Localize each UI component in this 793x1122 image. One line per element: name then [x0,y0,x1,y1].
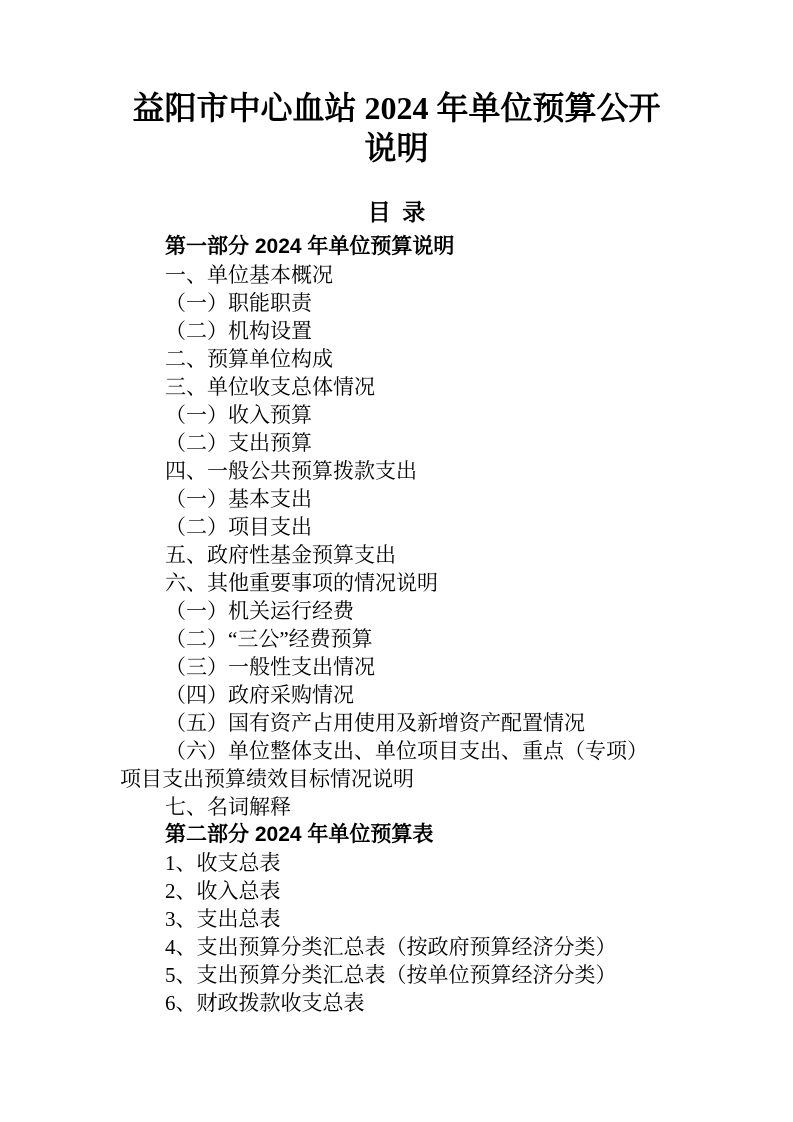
toc-line: （二）项目支出 [120,513,673,541]
toc-line: 四、一般公共预算拨款支出 [120,457,673,485]
document-title-line-1: 益阳市中心血站 2024 年单位预算公开 [132,90,660,126]
toc-line: 2、收入总表 [120,877,673,905]
toc-line: 五、政府性基金预算支出 [120,541,673,569]
toc-line: （一）职能职责 [120,289,673,317]
toc-line: 三、单位收支总体情况 [120,373,673,401]
document-page: 益阳市中心血站 2024 年单位预算公开说明 目 录 第一部分 2024 年单位… [0,0,793,1122]
toc-line: 项目支出预算绩效目标情况说明 [120,765,673,793]
toc-line: （六）单位整体支出、单位项目支出、重点（专项） [120,737,673,765]
toc-line: 3、支出总表 [120,905,673,933]
toc-line: （三）一般性支出情况 [120,653,673,681]
toc-line: 6、财政拨款收支总表 [120,989,673,1017]
toc-line: 第一部分 2024 年单位预算说明 [120,233,673,261]
toc-line: 第二部分 2024 年单位预算表 [120,821,673,849]
toc-line: （二）“三公”经费预算 [120,625,673,653]
toc-line: 1、收支总表 [120,849,673,877]
toc-line: 一、单位基本概况 [120,261,673,289]
toc-line: 4、支出预算分类汇总表（按政府预算经济分类） [120,933,673,961]
toc-line: 六、其他重要事项的情况说明 [120,569,673,597]
toc-line: （五）国有资产占用使用及新增资产配置情况 [120,709,673,737]
toc-heading: 目 录 [120,198,673,228]
toc-line: 5、支出预算分类汇总表（按单位预算经济分类） [120,961,673,989]
toc-line: （四）政府采购情况 [120,681,673,709]
toc-line: 七、名词解释 [120,793,673,821]
document-title-line-2: 说明 [364,130,428,166]
toc-line: （一）机关运行经费 [120,597,673,625]
toc-line: （一）收入预算 [120,401,673,429]
toc-line: 二、预算单位构成 [120,345,673,373]
toc-line: （二）支出预算 [120,429,673,457]
toc-line: （一）基本支出 [120,485,673,513]
toc-list: 第一部分 2024 年单位预算说明一、单位基本概况（一）职能职责（二）机构设置二… [120,233,673,1017]
document-title: 益阳市中心血站 2024 年单位预算公开说明 [120,88,673,168]
toc-line: （二）机构设置 [120,317,673,345]
